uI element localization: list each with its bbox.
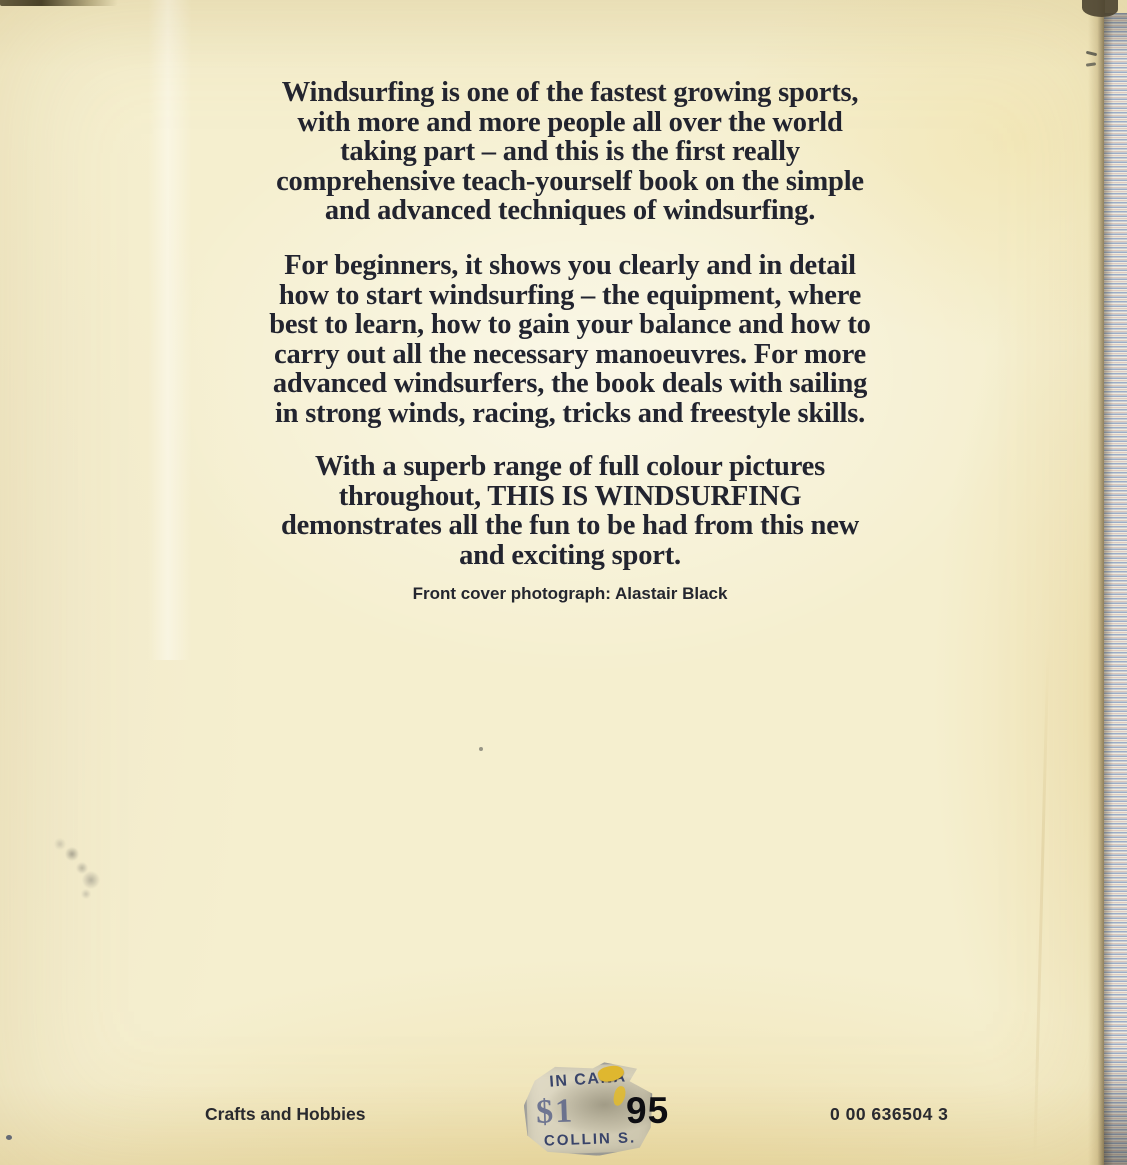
scan-top-edge-mark bbox=[0, 0, 118, 6]
ink-speck bbox=[479, 747, 483, 751]
book-page-fore-edge bbox=[1104, 13, 1127, 1165]
cover-right-edge-shadow bbox=[1088, 0, 1105, 1165]
photo-credit: Front cover photograph: Alastair Black bbox=[55, 584, 1085, 604]
cover-crease bbox=[1033, 640, 1050, 1160]
blurb-paragraph-2: For beginners, it shows you clearly and … bbox=[55, 251, 1085, 428]
book-back-cover: Windsurfing is one of the fastest growin… bbox=[0, 0, 1127, 1165]
printed-price: 95 bbox=[626, 1090, 669, 1132]
ink-speck bbox=[6, 1135, 12, 1140]
blurb-paragraph-1: Windsurfing is one of the fastest growin… bbox=[55, 78, 1085, 226]
corner-dark-mark bbox=[1082, 0, 1118, 17]
blurb-paragraph-3: With a superb range of full colour pictu… bbox=[55, 452, 1085, 570]
category-label: Crafts and Hobbies bbox=[205, 1104, 365, 1125]
isbn-number: 0 00 636504 3 bbox=[830, 1104, 948, 1125]
sticker-price-text: $1 bbox=[535, 1093, 574, 1132]
aging-smudge bbox=[36, 828, 106, 914]
